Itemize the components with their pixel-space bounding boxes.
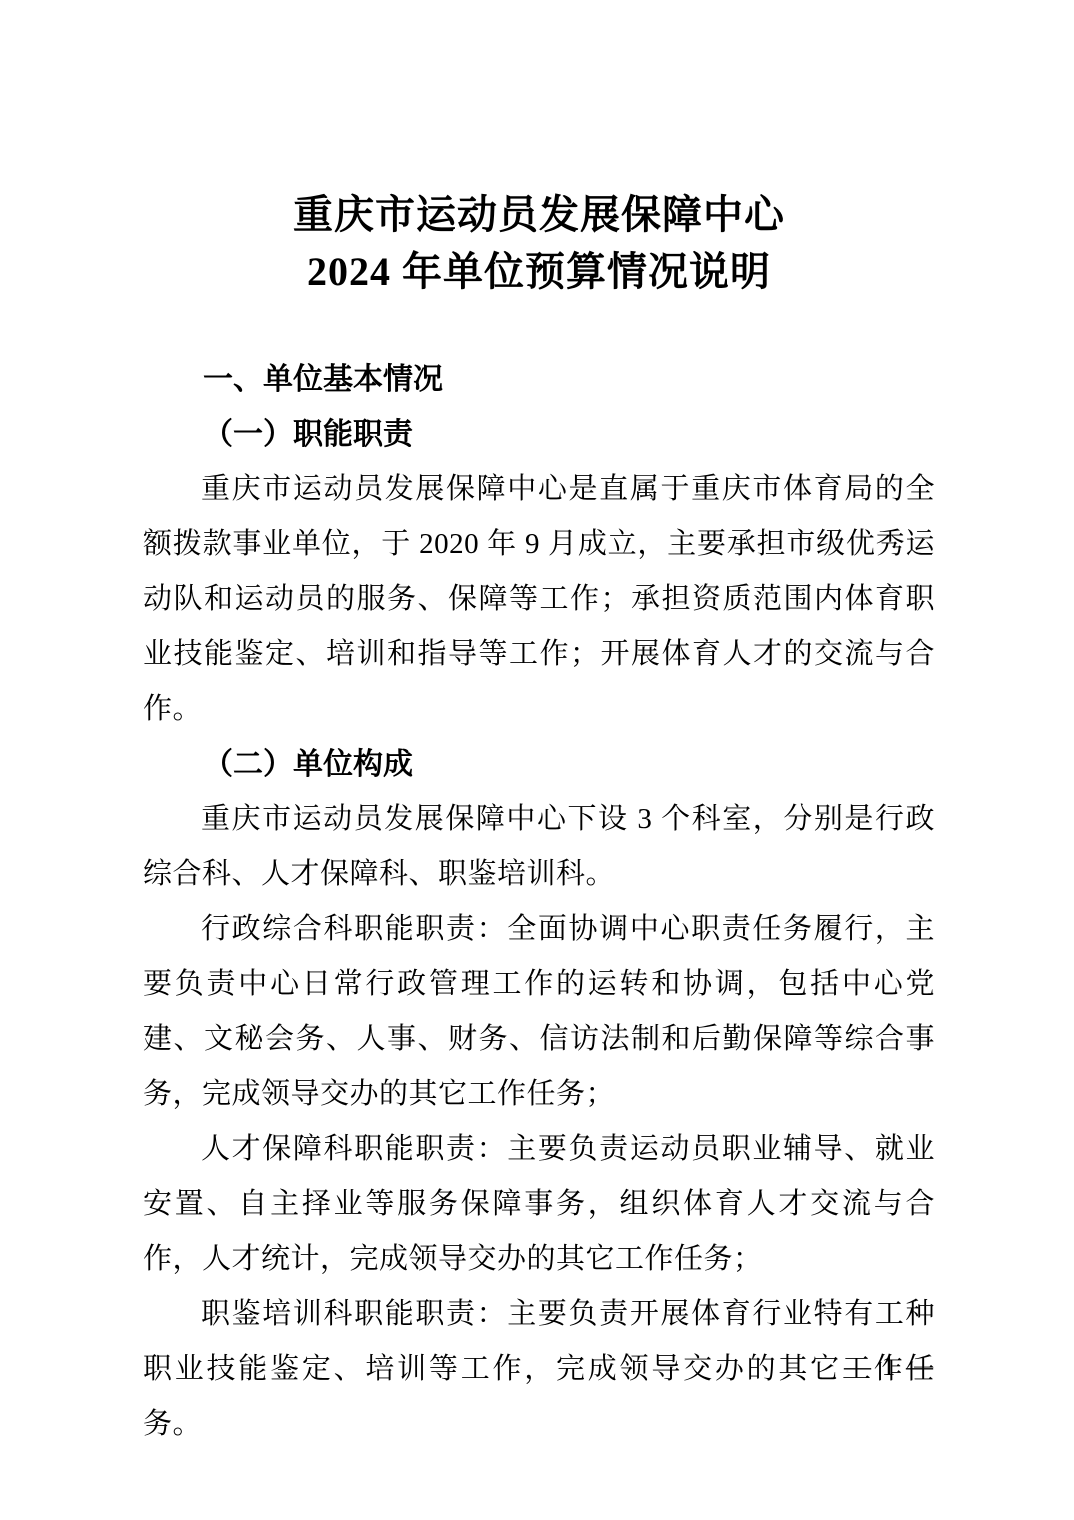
section-heading-basic-info: 一、单位基本情况 [143,352,935,407]
page-number: — 1 — [844,1350,935,1382]
document-page: 重庆市运动员发展保障中心 2024 年单位预算情况说明 一、单位基本情况 （一）… [0,0,1074,1520]
document-title-line2: 2024 年单位预算情况说明 [143,243,935,300]
paragraph-functions: 重庆市运动员发展保障中心是直属于重庆市体育局的全额拨款事业单位，于 2020 年… [143,462,935,737]
document-title-line1: 重庆市运动员发展保障中心 [143,186,935,243]
document-body: 一、单位基本情况 （一）职能职责 重庆市运动员发展保障中心是直属于重庆市体育局的… [143,352,935,1452]
paragraph-composition: 重庆市运动员发展保障中心下设 3 个科室，分别是行政综合科、人才保障科、职鉴培训… [143,792,935,902]
paragraph-admin-dept-duties: 行政综合科职能职责：全面协调中心职责任务履行，主要负责中心日常行政管理工作的运转… [143,902,935,1122]
subsection-heading-functions: （一）职能职责 [143,407,935,462]
paragraph-talent-dept-duties: 人才保障科职能职责：主要负责运动员职业辅导、就业安置、自主择业等服务保障事务，组… [143,1122,935,1287]
document-title: 重庆市运动员发展保障中心 2024 年单位预算情况说明 [0,0,1074,300]
subsection-heading-composition: （二）单位构成 [143,737,935,792]
paragraph-training-dept-duties: 职鉴培训科职能职责：主要负责开展体育行业特有工种职业技能鉴定、培训等工作，完成领… [143,1287,935,1452]
